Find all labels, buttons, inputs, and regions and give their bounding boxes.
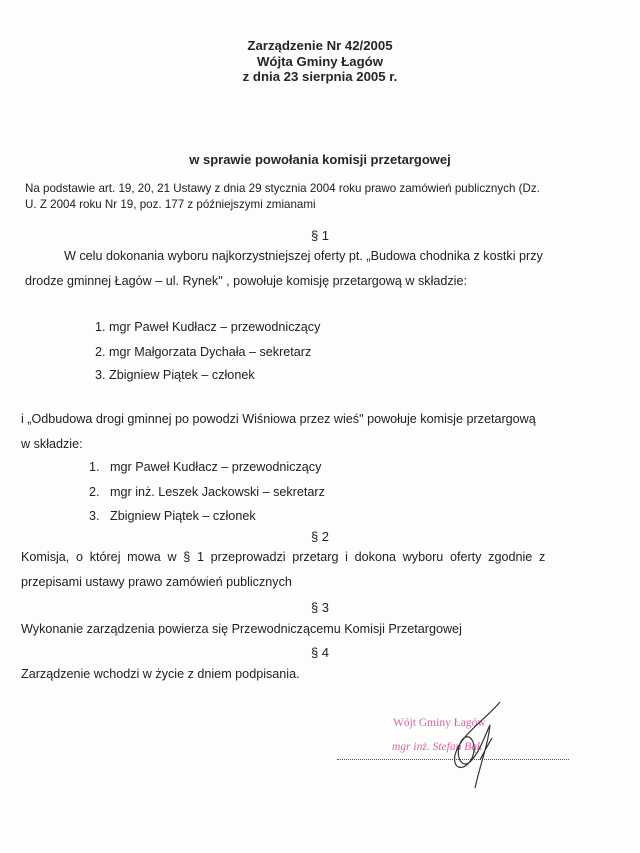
member-text: mgr Małgorzata Dychała – sekretarz <box>109 345 311 359</box>
committee-1-member-1: 1. mgr Paweł Kudłacz – przewodniczący <box>95 320 320 334</box>
section-4-line-1: Zarządzenie wchodzi w życie z dniem podp… <box>21 667 300 681</box>
committee-2-member-1: 1. mgr Paweł Kudłacz – przewodniczący <box>89 460 321 474</box>
committee-2-member-2: 2. mgr inż. Leszek Jackowski – sekretarz <box>89 485 325 499</box>
member-text: mgr Paweł Kudłacz – przewodniczący <box>109 320 320 334</box>
legal-basis-line-1: Na podstawie art. 19, 20, 21 Ustawy z dn… <box>25 181 540 197</box>
member-number: 2. <box>95 345 106 359</box>
legal-basis-line-2: U. Z 2004 roku Nr 19, poz. 177 z później… <box>25 197 316 213</box>
second-tender-line-1: i „Odbudowa drogi gminnej po powodzi Wiś… <box>21 412 536 426</box>
committee-2-member-3: 3. Zbigniew Piątek – członek <box>89 509 256 523</box>
committee-1-member-2: 2. mgr Małgorzata Dychała – sekretarz <box>95 345 311 359</box>
ordinance-subject: w sprawie powołania komisji przetargowej <box>0 152 640 167</box>
ordinance-number: Zarządzenie Nr 42/2005 <box>0 38 640 54</box>
member-number: 1. <box>89 460 100 474</box>
member-text: Zbigniew Piątek – członek <box>110 509 256 523</box>
section-3-mark: § 3 <box>0 600 640 615</box>
section-2-line-2: przepisami ustawy prawo zamówień publicz… <box>21 575 292 589</box>
section-2-line-1: Komisja, o której mowa w § 1 przeprowadz… <box>21 550 545 564</box>
member-number: 3. <box>95 368 106 382</box>
section-3-line-1: Wykonanie zarządzenia powierza się Przew… <box>21 622 462 636</box>
member-number: 1. <box>95 320 106 334</box>
document-header: Zarządzenie Nr 42/2005 Wójta Gminy Łagów… <box>0 38 640 85</box>
issuer: Wójta Gminy Łagów <box>0 54 640 70</box>
second-tender-line-2: w składzie: <box>21 437 83 451</box>
member-number: 2. <box>89 485 100 499</box>
section-1-mark: § 1 <box>0 228 640 243</box>
member-number: 3. <box>89 509 100 523</box>
document-page: Zarządzenie Nr 42/2005 Wójta Gminy Łagów… <box>0 0 640 853</box>
section-2-mark: § 2 <box>0 529 640 544</box>
handwritten-signature-icon <box>440 700 520 790</box>
member-text: mgr inż. Leszek Jackowski – sekretarz <box>110 485 325 499</box>
member-text: Zbigniew Piątek – członek <box>109 368 255 382</box>
ordinance-date: z dnia 23 sierpnia 2005 r. <box>0 69 640 85</box>
section-1-intro-line-1: W celu dokonania wyboru najkorzystniejsz… <box>64 249 543 263</box>
section-4-mark: § 4 <box>0 645 640 660</box>
committee-1-member-3: 3. Zbigniew Piątek – członek <box>95 368 255 382</box>
section-1-intro-line-2: drodze gminnej Łagów – ul. Rynek" , powo… <box>25 274 467 288</box>
member-text: mgr Paweł Kudłacz – przewodniczący <box>110 460 321 474</box>
